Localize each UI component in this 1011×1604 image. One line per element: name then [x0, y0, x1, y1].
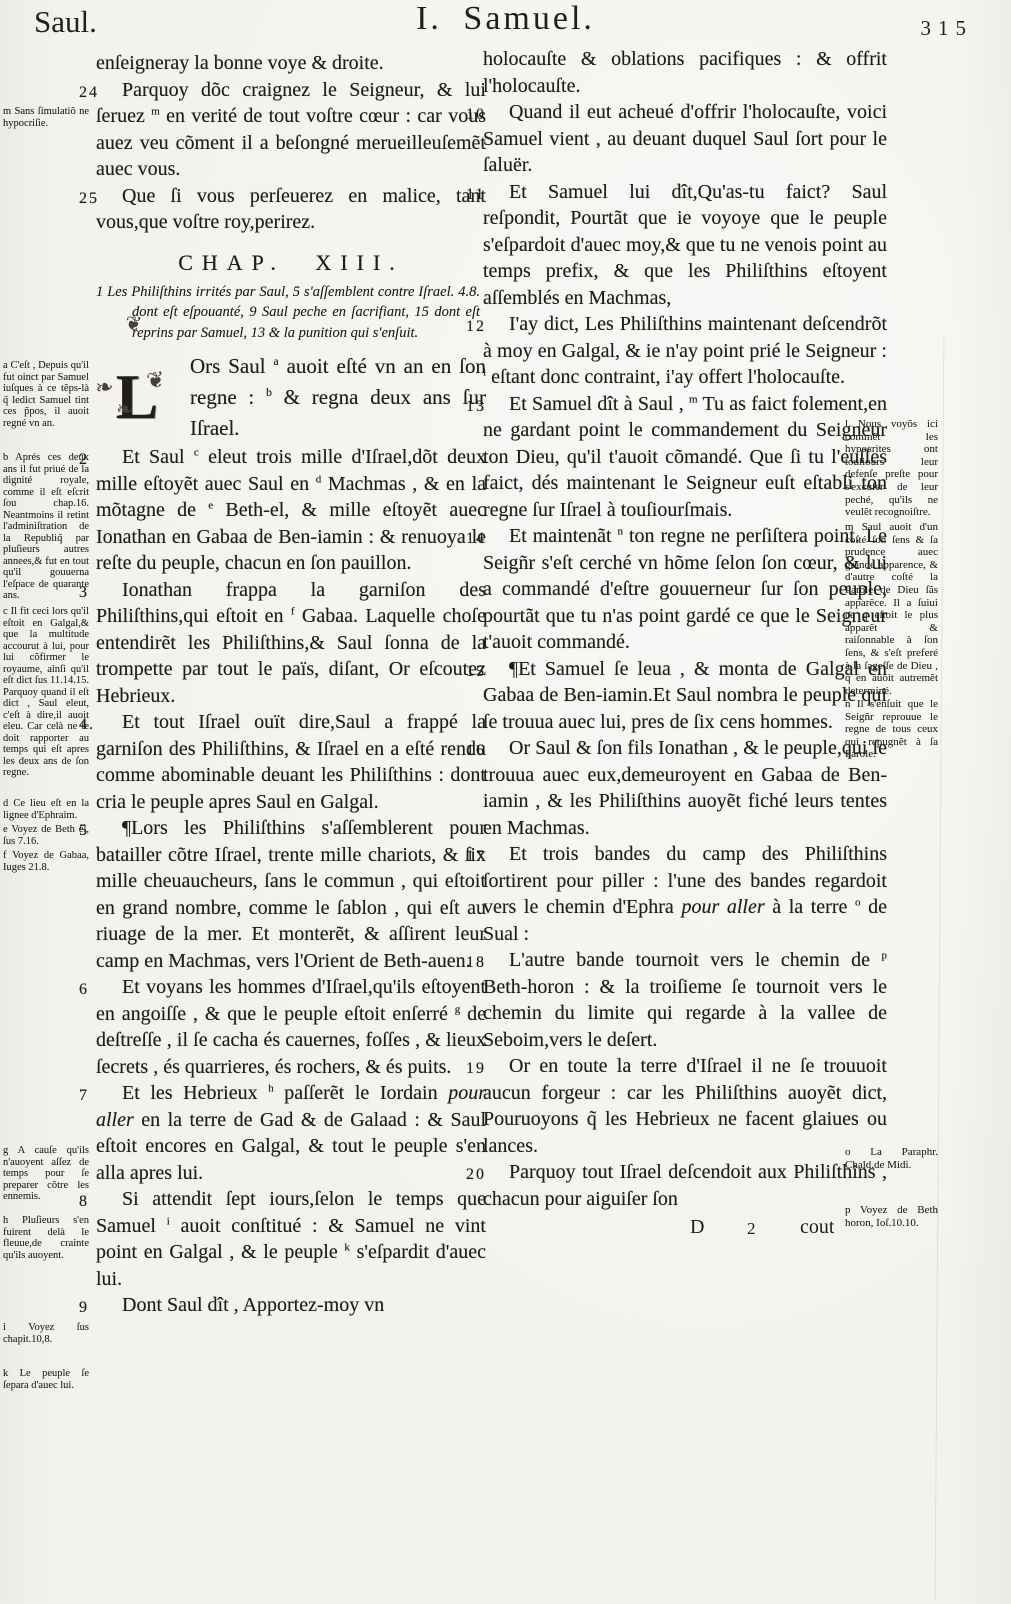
verse-15: 15¶Et Samuel ſe leua , & monta de Galgal…	[483, 656, 887, 736]
margin-note-k: k Le peuple ſe ſepara d'auec lui.	[3, 1368, 89, 1391]
verse-7: 7Et les Hebrieux h paſſerẽt le Iordain p…	[96, 1080, 486, 1186]
ornamental-initial: L	[94, 354, 180, 442]
verse-number: 3	[79, 580, 89, 607]
verse-12: 12I'ay dict, Les Philiſthins maintenant …	[483, 311, 887, 391]
margin-note-n: n Il s'enſuit que le Seigñr reprouue le …	[845, 698, 938, 761]
margin-note-m: m Saul auoit d'un coſté ſon ſens & ſa pr…	[845, 521, 938, 697]
verse-number: 9	[79, 1295, 89, 1322]
verse-6: 6Et voyans les hommes d'Iſrael,qu'ils eſ…	[96, 974, 486, 1080]
verse-18: 18L'autre bande tournoit vers le chemin …	[483, 947, 887, 1053]
verse-2: 2Et Saul c eleut trois mille d'Iſrael,dõ…	[96, 444, 486, 577]
margin-note-d: d Ce lieu eſt en la lignee d'Ephraim.	[3, 798, 89, 821]
verse-11: 11Et Samuel lui dît,Qu'as-tu faict? Saul…	[483, 179, 887, 312]
verse-8: 8Si attendit ſept iours,ſelon le temps q…	[96, 1186, 486, 1292]
running-head-center: I. Samuel.	[0, 0, 1011, 38]
page-number: 315	[921, 16, 974, 41]
margin-note-e: e Voyez de Beth el, ſus 7.16.	[3, 824, 89, 847]
verse-number: 14	[466, 526, 486, 553]
verse-19: 19Or en toute la terre d'Iſrael il ne ſe…	[483, 1053, 887, 1159]
verse-number: 17	[466, 844, 486, 871]
margin-note-g: g A cauſe qu'ils n'auoyent aſſez de temp…	[3, 1145, 89, 1203]
verse-number: 6	[79, 977, 89, 1004]
verse-9: 9Dont Saul dît , Apportez-moy vn	[96, 1292, 486, 1319]
verse-number: 20	[466, 1162, 486, 1189]
verse-number: 16	[466, 738, 486, 765]
verse-3: 3Ionathan frappa la garniſon des Philiſt…	[96, 577, 486, 710]
verse-17: 17Et trois bandes du camp des Philiſthin…	[483, 841, 887, 947]
margin-note-m-prev: m Sans ſimulatiõ ne hypocriſie.	[3, 106, 89, 129]
book-page: Saul. I. Samuel. 315 m Sans ſimulatiõ ne…	[0, 0, 1011, 1604]
verse-number: 11	[466, 182, 485, 209]
verse-number: 12	[466, 314, 486, 341]
gloss-reference-letter: m	[151, 105, 160, 117]
verse-number: 5	[79, 818, 89, 845]
margin-note-i: i Voyez ſus chapit.10,8.	[3, 1322, 89, 1345]
gathering-signature: D	[690, 1216, 704, 1239]
text-column-right: holocauſte & oblations pacifiques : & of…	[483, 46, 887, 1244]
verse-number: 2	[79, 447, 89, 474]
verse-number: 15	[466, 659, 486, 686]
margin-note-c: c Il fit ceci lors qu'il eſtoit en Galga…	[3, 606, 89, 779]
margin-note-a: a C'eſt , Depuis qu'il fut oinct par Sam…	[3, 360, 89, 429]
verse-number: 7	[79, 1083, 89, 1110]
margin-note-f: f Voyez de Gabaa, Iuges 21.8.	[3, 850, 89, 873]
right-column-blocks: holocauſte & oblations pacifiques : & of…	[483, 46, 887, 1212]
continuation-paragraph: holocauſte & oblations pacifiques : & of…	[483, 46, 887, 99]
verse-20: 20Parquoy tout Iſrael deſcendoit aux Phi…	[483, 1159, 887, 1212]
verse-4: 4.Et tout Iſrael ouït dire,Saul a frappé…	[96, 709, 486, 815]
signature-line: D 2 cout	[483, 1216, 887, 1244]
verse-25: 25Que ſi vous perſeuerez en malice, tant…	[96, 183, 486, 236]
verse-1-opening: LOrs Saul a auoit eſté vn an en ſon regn…	[96, 351, 486, 444]
gathering-signature-number: 2	[747, 1219, 756, 1239]
gloss-reference-letter: p	[882, 949, 888, 961]
text-column-left: enſeigneray la bonne voye & droite.24Par…	[96, 50, 486, 1319]
catchword: cout	[800, 1216, 834, 1239]
gloss-reference-letter: m	[689, 393, 698, 405]
verse-number: 25	[79, 186, 99, 213]
verse-number: 18	[466, 950, 486, 977]
verse-number: 4.	[79, 712, 95, 739]
verse-24: 24Parquoy dõc craignez le Seigneur, & lu…	[96, 77, 486, 183]
verse-16: 16Or Saul & ſon fils Ionathan , & le peu…	[483, 735, 887, 841]
margin-note-p: p Voyez de Beth horon, Ioſ.10.10.	[845, 1204, 938, 1229]
verse-5: 5¶Lors les Philiſthins s'aſſemblerent po…	[96, 815, 486, 974]
margin-note-b: b Aprés ces deux ans il fut priué de la …	[3, 452, 89, 602]
continuation-paragraph: enſeigneray la bonne voye & droite.	[96, 50, 486, 77]
verse-13: 13Et Samuel dît à Saul , m Tu as faict f…	[483, 391, 887, 524]
left-column-blocks: enſeigneray la bonne voye & droite.24Par…	[96, 50, 486, 1319]
verse-number: 8	[79, 1189, 89, 1216]
verse-10: 10Quand il eut acheué d'offrir l'holocau…	[483, 99, 887, 179]
margin-note-h: h Pluſieurs s'en fuirent delà le fleuue,…	[3, 1215, 89, 1261]
verse-number: 10	[466, 102, 486, 129]
verse-number: 24	[79, 80, 99, 107]
verse-14: 14Et maintenãt n ton regne ne perſiſtera…	[483, 523, 887, 656]
verse-number: 13	[466, 394, 486, 421]
verse-number: 19	[466, 1056, 486, 1083]
chapter-heading: CHAP. XIII.	[96, 250, 486, 276]
margin-note-l: l Nous voyõs ici commẽt les hypocrites o…	[845, 418, 938, 519]
margin-note-o: o La Paraphr. Chald.de Midi.	[845, 1146, 938, 1171]
